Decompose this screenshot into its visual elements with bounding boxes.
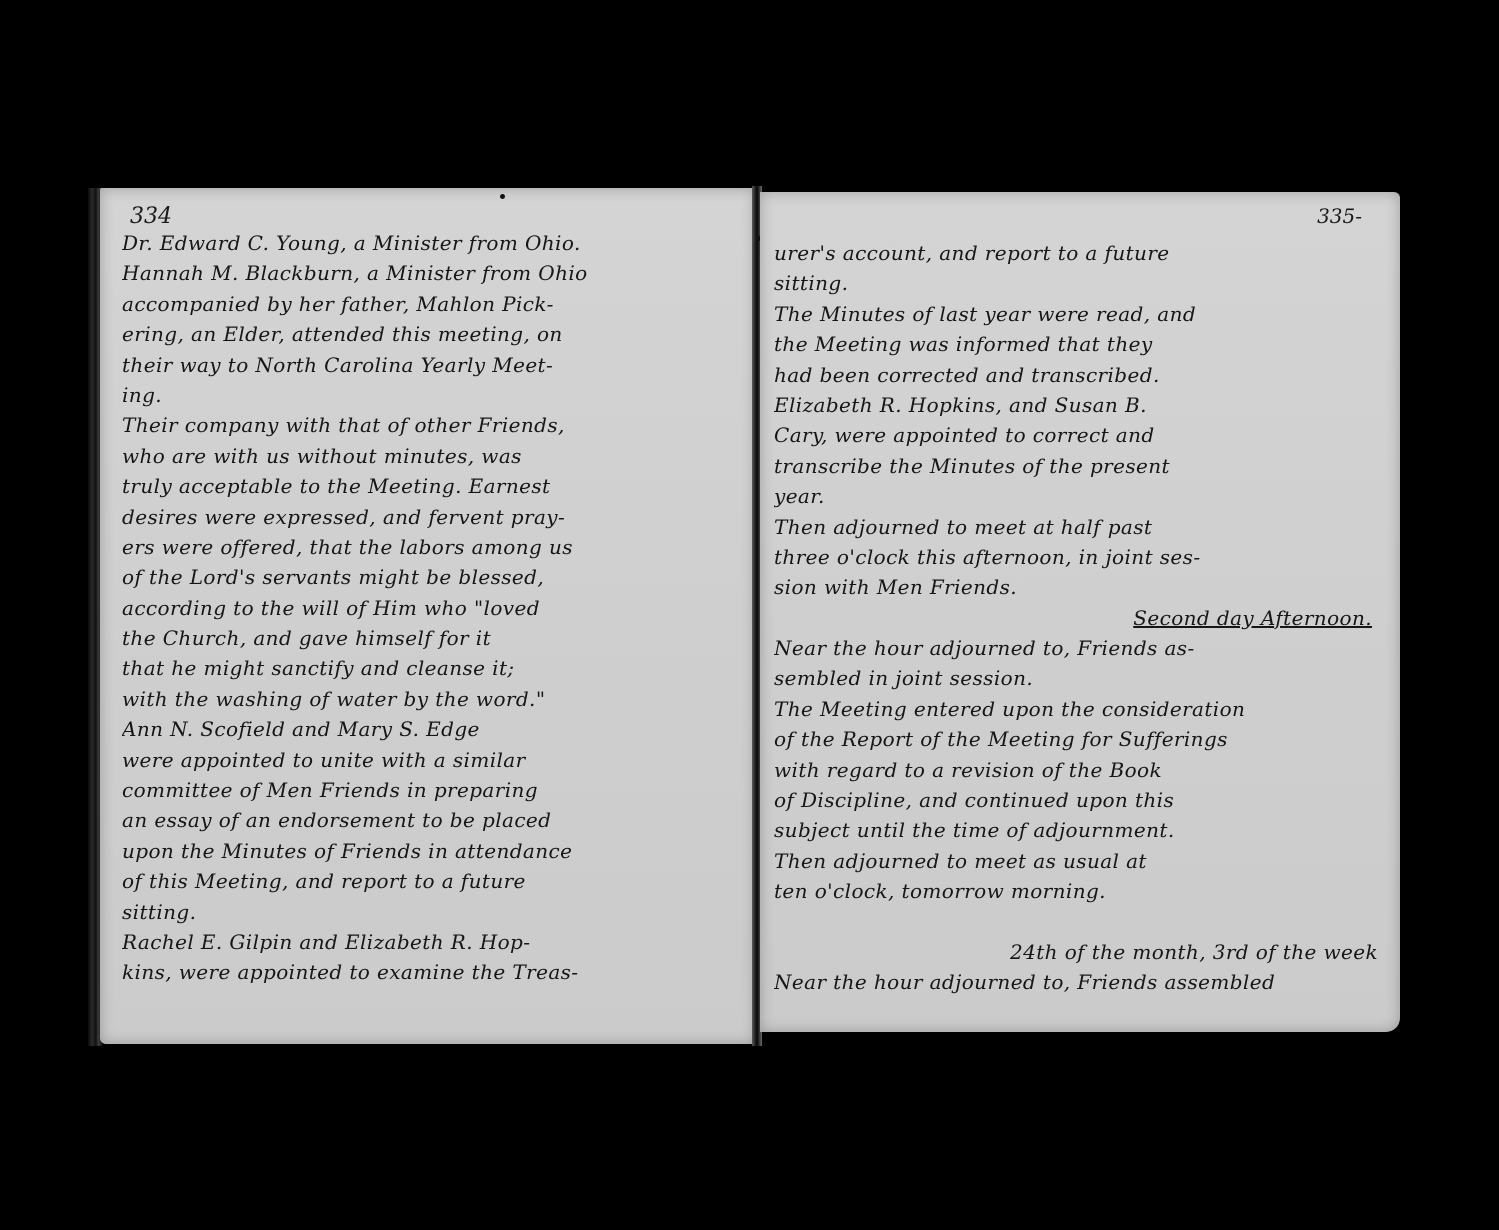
text-line: Near the hour adjourned to, Friends as- [774, 633, 1386, 663]
text-line: Then adjourned to meet at half past [774, 512, 1386, 542]
text-line: were appointed to unite with a similar [122, 745, 741, 775]
text-line: of the Lord's servants might be blessed, [122, 562, 741, 592]
text-line: sion with Men Friends. [774, 572, 1386, 602]
text-line: an essay of an endorsement to be placed [122, 805, 741, 835]
text-line: desires were expressed, and fervent pray… [122, 502, 741, 532]
text-line: kins, were appointed to examine the Trea… [122, 957, 741, 987]
text-line: the Church, and gave himself for it [122, 623, 741, 653]
binding-stitch [500, 194, 505, 199]
open-minute-book: 334 Dr. Edward C. Young, a Minister from… [88, 182, 1408, 1052]
text-line: with the washing of water by the word." [122, 684, 741, 714]
page-number-right: 335- [1317, 204, 1362, 228]
text-line: of Discipline, and continued upon this [774, 785, 1386, 815]
text-line: that he might sanctify and cleanse it; [122, 653, 741, 683]
text-line: accompanied by her father, Mahlon Pick- [122, 289, 741, 319]
blank-line [774, 907, 1386, 937]
text-line: year. [774, 481, 1386, 511]
text-line: upon the Minutes of Friends in attendanc… [122, 836, 741, 866]
page-number-left: 334 [130, 204, 172, 229]
text-line: Cary, were appointed to correct and [774, 420, 1386, 450]
text-line: urer's account, and report to a future [774, 238, 1386, 268]
text-line: ing. [122, 380, 741, 410]
right-page: 335- urer's account, and report to a fut… [760, 192, 1400, 1032]
right-page-text: urer's account, and report to a future s… [774, 238, 1386, 998]
date-heading: 24th of the month, 3rd of the week [774, 937, 1386, 967]
text-line: with regard to a revision of the Book [774, 755, 1386, 785]
text-line: subject until the time of adjournment. [774, 815, 1386, 845]
text-line: Their company with that of other Friends… [122, 410, 741, 440]
text-line: The Meeting entered upon the considerati… [774, 694, 1386, 724]
text-line: sitting. [122, 897, 741, 927]
text-line: the Meeting was informed that they [774, 329, 1386, 359]
text-line: Then adjourned to meet as usual at [774, 846, 1386, 876]
text-line: Hannah M. Blackburn, a Minister from Ohi… [122, 258, 741, 288]
text-line: sembled in joint session. [774, 663, 1386, 693]
left-page: 334 Dr. Edward C. Young, a Minister from… [100, 188, 755, 1044]
text-line: three o'clock this afternoon, in joint s… [774, 542, 1386, 572]
text-line: ten o'clock, tomorrow morning. [774, 876, 1386, 906]
text-line: their way to North Carolina Yearly Meet- [122, 350, 741, 380]
text-line: Ann N. Scofield and Mary S. Edge [122, 714, 741, 744]
left-page-text: Dr. Edward C. Young, a Minister from Ohi… [122, 228, 741, 988]
text-line: ers were offered, that the labors among … [122, 532, 741, 562]
text-line: Near the hour adjourned to, Friends asse… [774, 967, 1386, 997]
text-line: ering, an Elder, attended this meeting, … [122, 319, 741, 349]
text-line: Dr. Edward C. Young, a Minister from Ohi… [122, 228, 741, 258]
text-line: Rachel E. Gilpin and Elizabeth R. Hop- [122, 927, 741, 957]
text-line: The Minutes of last year were read, and [774, 299, 1386, 329]
text-line: of the Report of the Meeting for Sufferi… [774, 724, 1386, 754]
text-line: transcribe the Minutes of the present [774, 451, 1386, 481]
text-line: had been corrected and transcribed. [774, 360, 1386, 390]
text-line: committee of Men Friends in preparing [122, 775, 741, 805]
text-line: Elizabeth R. Hopkins, and Susan B. [774, 390, 1386, 420]
text-line: sitting. [774, 268, 1386, 298]
text-line: who are with us without minutes, was [122, 441, 741, 471]
text-line: according to the will of Him who "loved [122, 593, 741, 623]
section-heading: Second day Afternoon. [774, 603, 1386, 633]
text-line: of this Meeting, and report to a future [122, 866, 741, 896]
text-line: truly acceptable to the Meeting. Earnest [122, 471, 741, 501]
